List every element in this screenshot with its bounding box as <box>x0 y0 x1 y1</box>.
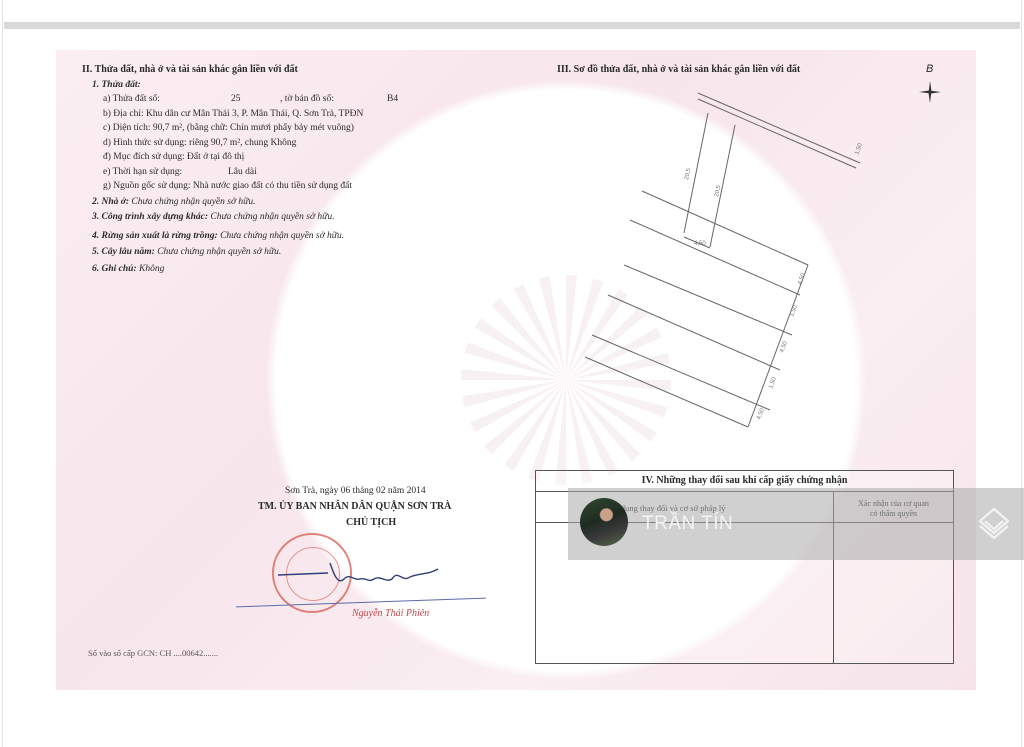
svg-text:1,50: 1,50 <box>768 376 778 390</box>
north-label: B <box>926 63 933 75</box>
svg-text:4,50: 4,50 <box>694 241 706 247</box>
top-bar <box>0 0 1024 22</box>
parcel-number: 25 <box>231 93 241 105</box>
compass-icon <box>918 80 942 104</box>
watermark-banner <box>568 488 1024 560</box>
land-origin: g) Nguồn gốc sử dụng: Nhà nước giao đất … <box>103 180 352 192</box>
address: b) Địa chỉ: Khu dân cư Mân Thái 3, P. Mâ… <box>103 108 363 120</box>
item-house: 2. Nhà ở: Chưa chứng nhận quyền sở hữu. <box>92 196 255 208</box>
map-sheet-label: , tờ bản đồ số: <box>280 93 334 105</box>
watermark-avatar <box>580 498 628 546</box>
svg-text:1,50: 1,50 <box>789 304 799 318</box>
section2-title: II. Thửa đất, nhà ở và tài sản khác gắn … <box>82 64 298 76</box>
item-other-construction: 3. Công trình xây dựng khác: Chưa chứng … <box>92 211 334 223</box>
parcel-label: a) Thửa đất số: <box>103 93 160 105</box>
term-value: Lâu dài <box>228 166 257 178</box>
layers-logo-icon <box>975 505 1013 543</box>
issuing-authority: TM. ỦY BAN NHÂN DÂN QUẬN SƠN TRÀ <box>258 501 451 513</box>
map-sheet-number: B4 <box>387 93 398 105</box>
svg-text:20,5: 20,5 <box>684 167 692 180</box>
usage-purpose: đ) Mục đích sử dụng: Đất ở tại đô thị <box>103 151 244 163</box>
left-edge <box>2 0 3 747</box>
section3-title: III. Sơ đồ thửa đất, nhà ở và tài sản kh… <box>557 64 800 76</box>
signer-role: CHỦ TỊCH <box>346 517 396 529</box>
item-perennial-trees: 5. Cây lâu năm: Chưa chứng nhận quyền sở… <box>92 246 281 258</box>
term-label: e) Thời hạn sử dụng: <box>103 166 182 178</box>
usage-form: d) Hình thức sử dụng: riêng 90,7 m², chu… <box>103 137 296 149</box>
top-divider <box>4 22 1020 29</box>
right-edge <box>1021 0 1022 747</box>
item-production-forest: 4. Rừng sản xuất là rừng trồng: Chưa chứ… <box>92 230 344 242</box>
item-notes: 6. Ghi chú: Không <box>92 263 164 275</box>
land-heading: 1. Thửa đất: <box>92 79 141 91</box>
svg-text:1,50: 1,50 <box>854 142 864 156</box>
registry-number: Số vào sổ cấp GCN: CH ....00642....... <box>88 647 218 659</box>
land-plot-diagram: 20,5 20,5 4,50 1,50 4,50 1,50 4,50 1,50 … <box>560 85 880 445</box>
watermark-name: TRẦN TÍN <box>642 513 733 535</box>
svg-text:20,5: 20,5 <box>714 184 722 197</box>
svg-text:4,50: 4,50 <box>797 272 807 286</box>
svg-text:4,50: 4,50 <box>779 340 789 354</box>
svg-text:4,50: 4,50 <box>756 407 766 421</box>
signature-scrawl <box>268 555 458 595</box>
date-line: Sơn Trà, ngày 06 tháng 02 năm 2014 <box>285 485 426 497</box>
signer-name: Nguyễn Thái Phiên <box>352 608 429 619</box>
area: c) Diện tích: 90,7 m², (bằng chữ: Chín m… <box>103 122 354 134</box>
